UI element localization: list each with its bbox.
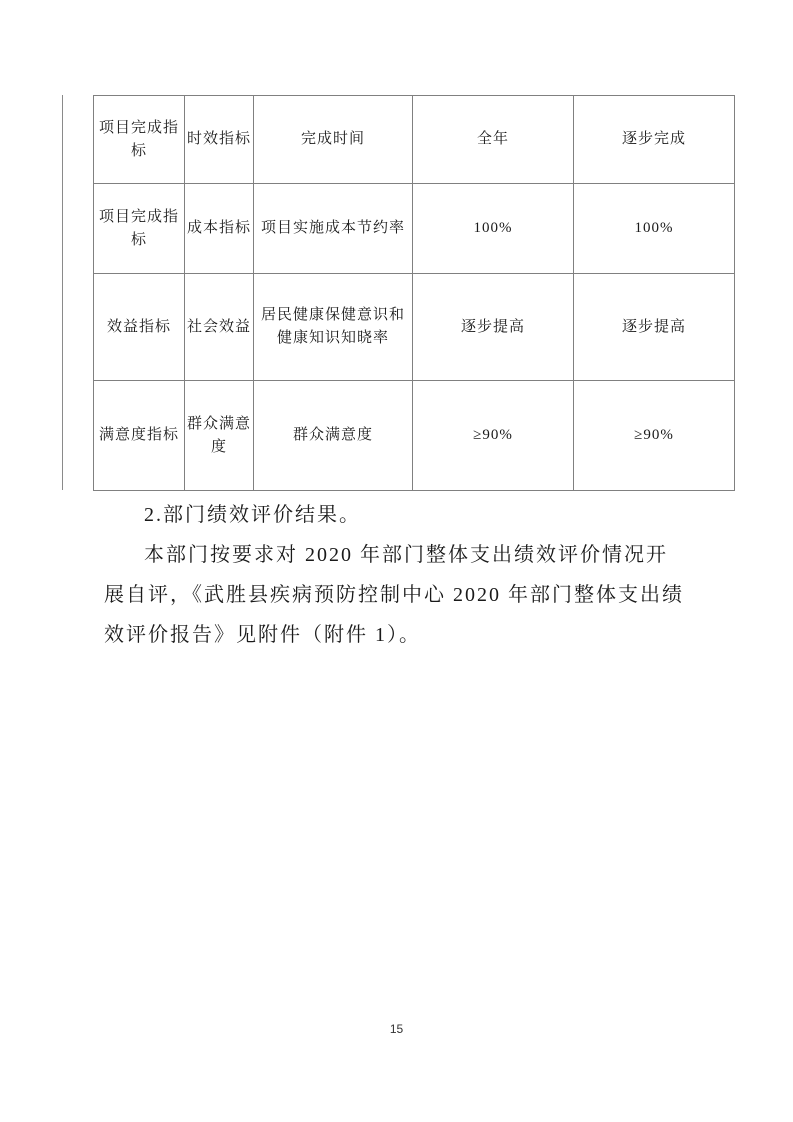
page-number: 15 [0, 1022, 793, 1036]
table-cell: 全年 [413, 96, 574, 184]
table-cell: 逐步提高 [574, 274, 735, 381]
paragraph-line: 本部门按要求对 2020 年部门整体支出绩效评价情况开 [104, 535, 704, 575]
table-cell: 100% [413, 184, 574, 274]
table-row: 项目完成指 标 时效指标 完成时间 全年 逐步完成 [94, 96, 735, 184]
table-row: 项目完成指 标 成本指标 项目实施成本节约率 100% 100% [94, 184, 735, 274]
table-row: 效益指标 社会效益 居民健康保健意识和 健康知识知晓率 逐步提高 逐步提高 [94, 274, 735, 381]
table-cell: 时效指标 [185, 96, 254, 184]
table-cell: 项目完成指 标 [94, 184, 185, 274]
change-bar-rule [62, 95, 63, 490]
table-cell: 群众满意 度 [185, 381, 254, 491]
table-cell: 完成时间 [254, 96, 413, 184]
table-cell: 社会效益 [185, 274, 254, 381]
table-cell: 项目实施成本节约率 [254, 184, 413, 274]
table-cell: 满意度指标 [94, 381, 185, 491]
table-cell: 效益指标 [94, 274, 185, 381]
table-cell: 居民健康保健意识和 健康知识知晓率 [254, 274, 413, 381]
table-cell: 项目完成指 标 [94, 96, 185, 184]
table-row: 满意度指标 群众满意 度 群众满意度 ≥90% ≥90% [94, 381, 735, 491]
paragraph-line: 展自评，《武胜县疾病预防控制中心 2020 年部门整体支出绩 [104, 575, 704, 615]
table-cell: 成本指标 [185, 184, 254, 274]
document-page: 项目完成指 标 时效指标 完成时间 全年 逐步完成 项目完成指 标 成本指标 项… [0, 0, 793, 1122]
paragraph-line: 效评价报告》见附件（附件 1）。 [104, 615, 704, 655]
body-text: 2.部门绩效评价结果。 本部门按要求对 2020 年部门整体支出绩效评价情况开 … [104, 495, 704, 655]
section-heading: 2.部门绩效评价结果。 [104, 495, 704, 535]
table-cell: 100% [574, 184, 735, 274]
table-cell: 群众满意度 [254, 381, 413, 491]
table-cell: 逐步完成 [574, 96, 735, 184]
table-cell: ≥90% [574, 381, 735, 491]
table-cell: ≥90% [413, 381, 574, 491]
table-cell: 逐步提高 [413, 274, 574, 381]
performance-indicator-table: 项目完成指 标 时效指标 完成时间 全年 逐步完成 项目完成指 标 成本指标 项… [93, 95, 735, 491]
